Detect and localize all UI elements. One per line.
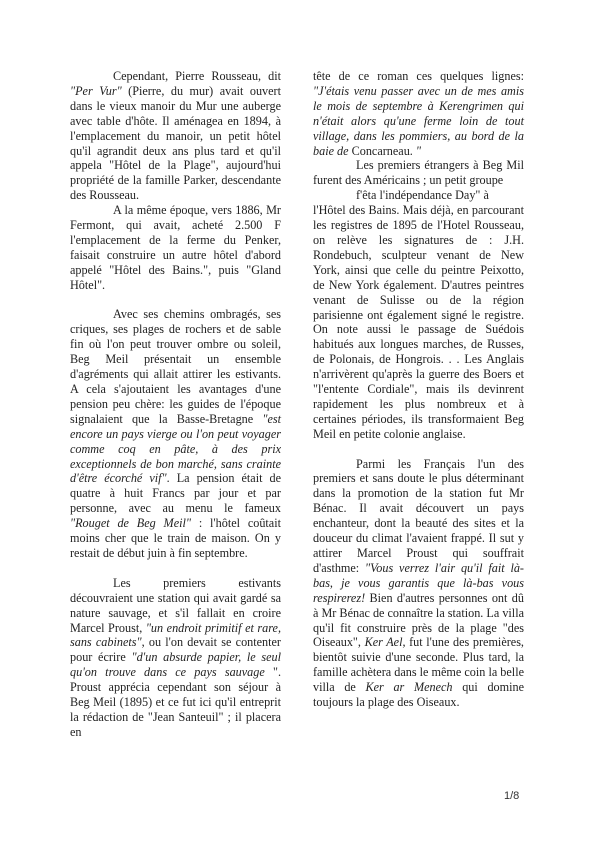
right-column: tête de ce roman ces quelques lignes: "J… xyxy=(313,69,524,710)
text-run: Parmi les Français l'un des premiers et … xyxy=(313,457,524,575)
left-column: Cependant, Pierre Rousseau, dit "Per Vur… xyxy=(70,69,281,740)
paragraph-premiers-etrangers: Les premiers étrangers à Beg Mil furent … xyxy=(313,158,524,188)
text-run: (Pierre, du mur) avait ouvert dans le vi… xyxy=(70,84,281,202)
paragraph-beg-meil-agrements: Avec ses chemins ombragés, ses criques, … xyxy=(70,307,281,560)
paragraph-benac: Parmi les Français l'un des premiers et … xyxy=(313,457,524,710)
paragraph-premiers-estivants: Les premiers estivants découvraient une … xyxy=(70,576,281,740)
italic-run: Ker Ael, xyxy=(365,635,406,649)
italic-run: "Per Vur" xyxy=(70,84,122,98)
paragraph-fermont-hotel: A la même époque, vers 1886, Mr Fermont,… xyxy=(70,203,281,292)
page-number: 1/8 xyxy=(504,790,519,802)
italic-run: "Rouget de Beg Meil" xyxy=(70,516,191,530)
paragraph-rousseau-auberge: Cependant, Pierre Rousseau, dit "Per Vur… xyxy=(70,69,281,203)
text-run: tête de ce roman ces quelques lignes: xyxy=(313,69,524,83)
paragraph-gap xyxy=(313,442,524,457)
paragraph-registres: l'Hôtel des Bains. Mais déjà, en parcour… xyxy=(313,203,524,442)
italic-run: " xyxy=(413,144,421,158)
paragraph-gap xyxy=(70,293,281,308)
paragraph-independance-line: f'êta l'indépendance Day" à xyxy=(313,188,524,203)
text-run: Avec ses chemins ombragés, ses criques, … xyxy=(70,307,281,425)
document-page: Cependant, Pierre Rousseau, dit "Per Vur… xyxy=(0,0,594,842)
text-run: Cependant, Pierre Rousseau, dit xyxy=(113,69,281,83)
italic-run: Ker ar Menech xyxy=(366,680,453,694)
paragraph-gap xyxy=(70,561,281,576)
text-run: Concarneau. xyxy=(352,144,413,158)
paragraph-jean-santeuil-quote: tête de ce roman ces quelques lignes: "J… xyxy=(313,69,524,158)
